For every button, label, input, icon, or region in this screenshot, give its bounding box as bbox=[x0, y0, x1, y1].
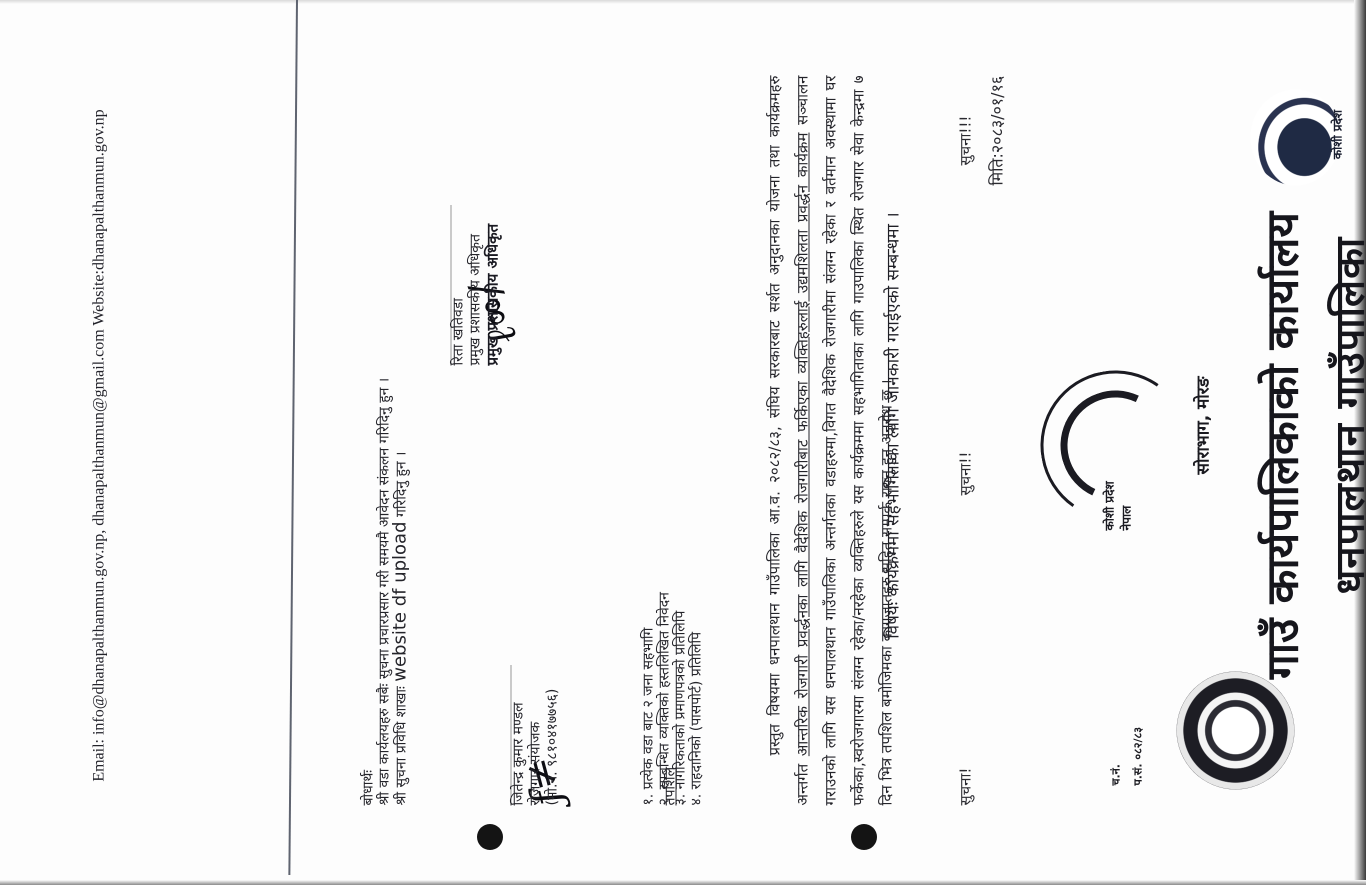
stamp-text: कोशी प्रदेश नेपाल bbox=[1100, 460, 1134, 530]
reference-number: प.सं. ०८२/८३ bbox=[1130, 727, 1145, 786]
letter-date: मिति:२०८३/०१/१६ bbox=[985, 75, 1007, 185]
letter-page: ★ कोशी प्रदेश धनपालथान गाउँपालिका गाउँ क… bbox=[0, 0, 1366, 885]
footer-contact: Email: info@dhanapalthanmun.gov.np, dhan… bbox=[90, 85, 108, 805]
signer-right-title: प्रमुख प्रशासकीय अधिकृत bbox=[467, 223, 484, 365]
notice-word-left: सुचना! bbox=[955, 767, 975, 805]
dispatch-number: च.नं. bbox=[1108, 764, 1123, 785]
body-program-name: आन्तरिक रोजगारी प्रवर्द्धनका लागि वैदेशि… bbox=[793, 132, 811, 756]
signer-left-phone: (मो.नं. ९८१०४१७७५६) bbox=[544, 688, 561, 805]
enclosure-item: ४. राहदानिको (पासपोर्ट) प्रतिलिपि bbox=[688, 465, 704, 805]
signer-right-stamp: प्रमुख प्रशासकीय अधिकृत bbox=[484, 223, 501, 365]
office-name: गाउँ कार्यपालिकाको कार्यालय bbox=[1250, 125, 1310, 765]
copy-to-section: बोधार्थः श्री वडा कार्यलयहरु सबैः सुचना … bbox=[360, 105, 409, 805]
signer-right: रिता खतिवडा प्रमुख प्रशासकीय अधिकृत प्रम… bbox=[450, 223, 501, 365]
letter-body: प्रस्तुत विषयमा धनपालथान गाउँपालिका आ.व.… bbox=[760, 75, 900, 805]
signer-left-title: रोजगार संयोजक bbox=[527, 688, 544, 805]
office-address: सोराभाग, मोरङ bbox=[1190, 265, 1213, 585]
scanned-document: ★ कोशी प्रदेश धनपालथान गाउँपालिका गाउँ क… bbox=[0, 0, 1366, 885]
enclosure-item: २. सम्बन्धित व्यक्तिको हस्तलिखित निवेदन bbox=[656, 465, 672, 805]
copy-to-line: श्री सुचना प्रविधि शाखाः website df uplo… bbox=[392, 105, 409, 805]
signer-right-name: रिता खतिवडा bbox=[450, 223, 467, 365]
notice-word-middle: सुचना!! bbox=[955, 451, 975, 495]
upload-instruction: website df upload bbox=[389, 521, 410, 681]
notice-word-right: सुचना!!! bbox=[955, 115, 975, 165]
copy-to-prefix: श्री सुचना प्रविधि शाखाः bbox=[393, 681, 409, 805]
signer-left-name: जितेन्द्र कुमार मण्डल bbox=[510, 688, 527, 805]
copy-to-suffix: गरिदिनु हुन । bbox=[393, 451, 409, 521]
enclosure-list: १. प्रत्येक वडा बाट २ जना सहभागि २. सम्ब… bbox=[640, 465, 704, 805]
enclosure-item: १. प्रत्येक वडा बाट २ जना सहभागि bbox=[640, 465, 656, 805]
enclosure-item: ३. नागरिकताको प्रमाणपत्रको प्रतिलिपि bbox=[672, 465, 688, 805]
official-stamp-icon: कोशी प्रदेश नेपाल bbox=[1060, 330, 1170, 530]
signer-left: जितेन्द्र कुमार मण्डल रोजगार संयोजक (मो.… bbox=[510, 688, 561, 805]
copy-to-title: बोधार्थः bbox=[360, 105, 376, 805]
copy-to-line: श्री वडा कार्यलयहरु सबैः सुचना प्रचारप्र… bbox=[376, 105, 392, 805]
municipality-name: धनपालथान गाउँपालिका bbox=[1320, 145, 1366, 685]
